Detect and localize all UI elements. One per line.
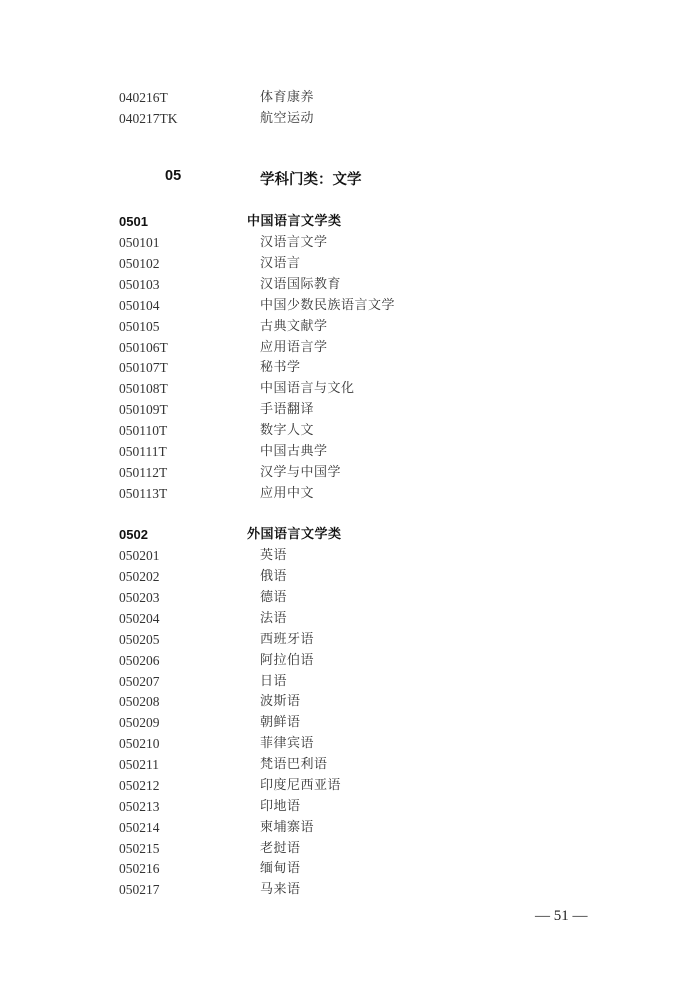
major-name: 汉学与中国学 — [260, 463, 341, 483]
major-code: 050201 — [119, 546, 160, 566]
major-name: 秘书学 — [260, 358, 301, 378]
major-name: 航空运动 — [260, 109, 314, 129]
major-name: 汉语言文学 — [260, 233, 328, 253]
major-name: 俄语 — [260, 567, 287, 587]
list-item: 050207日语 — [0, 672, 700, 692]
list-item: 050111T中国古典学 — [0, 442, 700, 462]
list-item: 050105古典文献学 — [0, 317, 700, 337]
major-name: 阿拉伯语 — [260, 651, 314, 671]
list-item: 050212印度尼西亚语 — [0, 776, 700, 796]
list-item: 050112T汉学与中国学 — [0, 463, 700, 483]
major-code: 050102 — [119, 254, 160, 274]
list-item: 050201英语 — [0, 546, 700, 566]
major-code: 040216T — [119, 88, 168, 108]
list-item: 050104中国少数民族语言文学 — [0, 296, 700, 316]
major-name: 应用语言学 — [260, 338, 328, 358]
category-heading: 05 学科门类：文学 — [0, 168, 700, 190]
major-code: 050215 — [119, 839, 160, 859]
list-item: 050206阿拉伯语 — [0, 651, 700, 671]
major-code: 050202 — [119, 567, 160, 587]
page-number: — 51 — — [535, 908, 588, 925]
list-item: 050108T中国语言与文化 — [0, 379, 700, 399]
major-code: 050208 — [119, 692, 160, 712]
list-item: 050211梵语巴利语 — [0, 755, 700, 775]
group-name: 中国语言文学类 — [247, 212, 342, 232]
major-code: 050205 — [119, 630, 160, 650]
major-code: 050217 — [119, 880, 160, 900]
major-code: 050213 — [119, 797, 160, 817]
major-name: 波斯语 — [260, 692, 301, 712]
list-item: 050208波斯语 — [0, 692, 700, 712]
major-name: 中国语言与文化 — [260, 379, 355, 399]
major-name: 马来语 — [260, 880, 301, 900]
major-name: 体育康养 — [260, 88, 314, 108]
list-item: 050214柬埔寨语 — [0, 818, 700, 838]
major-name: 中国古典学 — [260, 442, 328, 462]
major-code: 050203 — [119, 588, 160, 608]
list-item: 050110T数字人文 — [0, 421, 700, 441]
major-code: 050108T — [119, 379, 168, 399]
major-name: 印度尼西亚语 — [260, 776, 341, 796]
major-name: 中国少数民族语言文学 — [260, 296, 395, 316]
major-name: 古典文献学 — [260, 317, 328, 337]
list-item: 050109T手语翻译 — [0, 400, 700, 420]
list-item: 050107T秘书学 — [0, 358, 700, 378]
list-item: 050113T应用中文 — [0, 484, 700, 504]
major-code: 050103 — [119, 275, 160, 295]
category-title: 学科门类：文学 — [260, 168, 362, 189]
major-code: 050210 — [119, 734, 160, 754]
list-item: 050209朝鲜语 — [0, 713, 700, 733]
major-code: 050212 — [119, 776, 160, 796]
list-item: 050213印地语 — [0, 797, 700, 817]
major-name: 朝鲜语 — [260, 713, 301, 733]
list-item: 050202俄语 — [0, 567, 700, 587]
group-heading: 0501 中国语言文学类 — [0, 212, 700, 232]
major-code: 050104 — [119, 296, 160, 316]
major-code: 050216 — [119, 859, 160, 879]
major-code: 050206 — [119, 651, 160, 671]
major-name: 梵语巴利语 — [260, 755, 328, 775]
major-name: 英语 — [260, 546, 287, 566]
major-code: 050204 — [119, 609, 160, 629]
group-name: 外国语言文学类 — [247, 525, 342, 545]
category-code: 05 — [165, 168, 181, 184]
major-name: 西班牙语 — [260, 630, 314, 650]
list-item: 050205西班牙语 — [0, 630, 700, 650]
major-code: 050109T — [119, 400, 168, 420]
list-item: 050103汉语国际教育 — [0, 275, 700, 295]
major-name: 老挝语 — [260, 839, 301, 859]
major-code: 050105 — [119, 317, 160, 337]
major-code: 050101 — [119, 233, 160, 253]
major-name: 汉语国际教育 — [260, 275, 341, 295]
list-item: 040216T 体育康养 — [0, 88, 700, 108]
major-code: 050112T — [119, 463, 167, 483]
list-item: 050210菲律宾语 — [0, 734, 700, 754]
major-name: 印地语 — [260, 797, 301, 817]
list-item: 050106T应用语言学 — [0, 338, 700, 358]
major-code: 050111T — [119, 442, 167, 462]
major-code: 050207 — [119, 672, 160, 692]
major-code: 050214 — [119, 818, 160, 838]
major-name: 应用中文 — [260, 484, 314, 504]
major-code: 040217TK — [119, 109, 178, 129]
list-item: 050102汉语言 — [0, 254, 700, 274]
major-name: 柬埔寨语 — [260, 818, 314, 838]
major-name: 缅甸语 — [260, 859, 301, 879]
group-code: 0501 — [119, 212, 148, 232]
major-name: 汉语言 — [260, 254, 301, 274]
major-code: 050110T — [119, 421, 167, 441]
major-name: 德语 — [260, 588, 287, 608]
major-code: 050113T — [119, 484, 167, 504]
major-name: 手语翻译 — [260, 400, 314, 420]
major-code: 050211 — [119, 755, 159, 775]
list-item: 050203德语 — [0, 588, 700, 608]
list-item: 040217TK 航空运动 — [0, 109, 700, 129]
major-code: 050106T — [119, 338, 168, 358]
group-code: 0502 — [119, 525, 148, 545]
major-name: 日语 — [260, 672, 287, 692]
major-code: 050107T — [119, 358, 168, 378]
major-code: 050209 — [119, 713, 160, 733]
list-item: 050215老挝语 — [0, 839, 700, 859]
major-name: 数字人文 — [260, 421, 314, 441]
list-item: 050216缅甸语 — [0, 859, 700, 879]
group-heading: 0502 外国语言文学类 — [0, 525, 700, 545]
list-item: 050204法语 — [0, 609, 700, 629]
major-name: 法语 — [260, 609, 287, 629]
list-item: 050217马来语 — [0, 880, 700, 900]
list-item: 050101汉语言文学 — [0, 233, 700, 253]
major-name: 菲律宾语 — [260, 734, 314, 754]
